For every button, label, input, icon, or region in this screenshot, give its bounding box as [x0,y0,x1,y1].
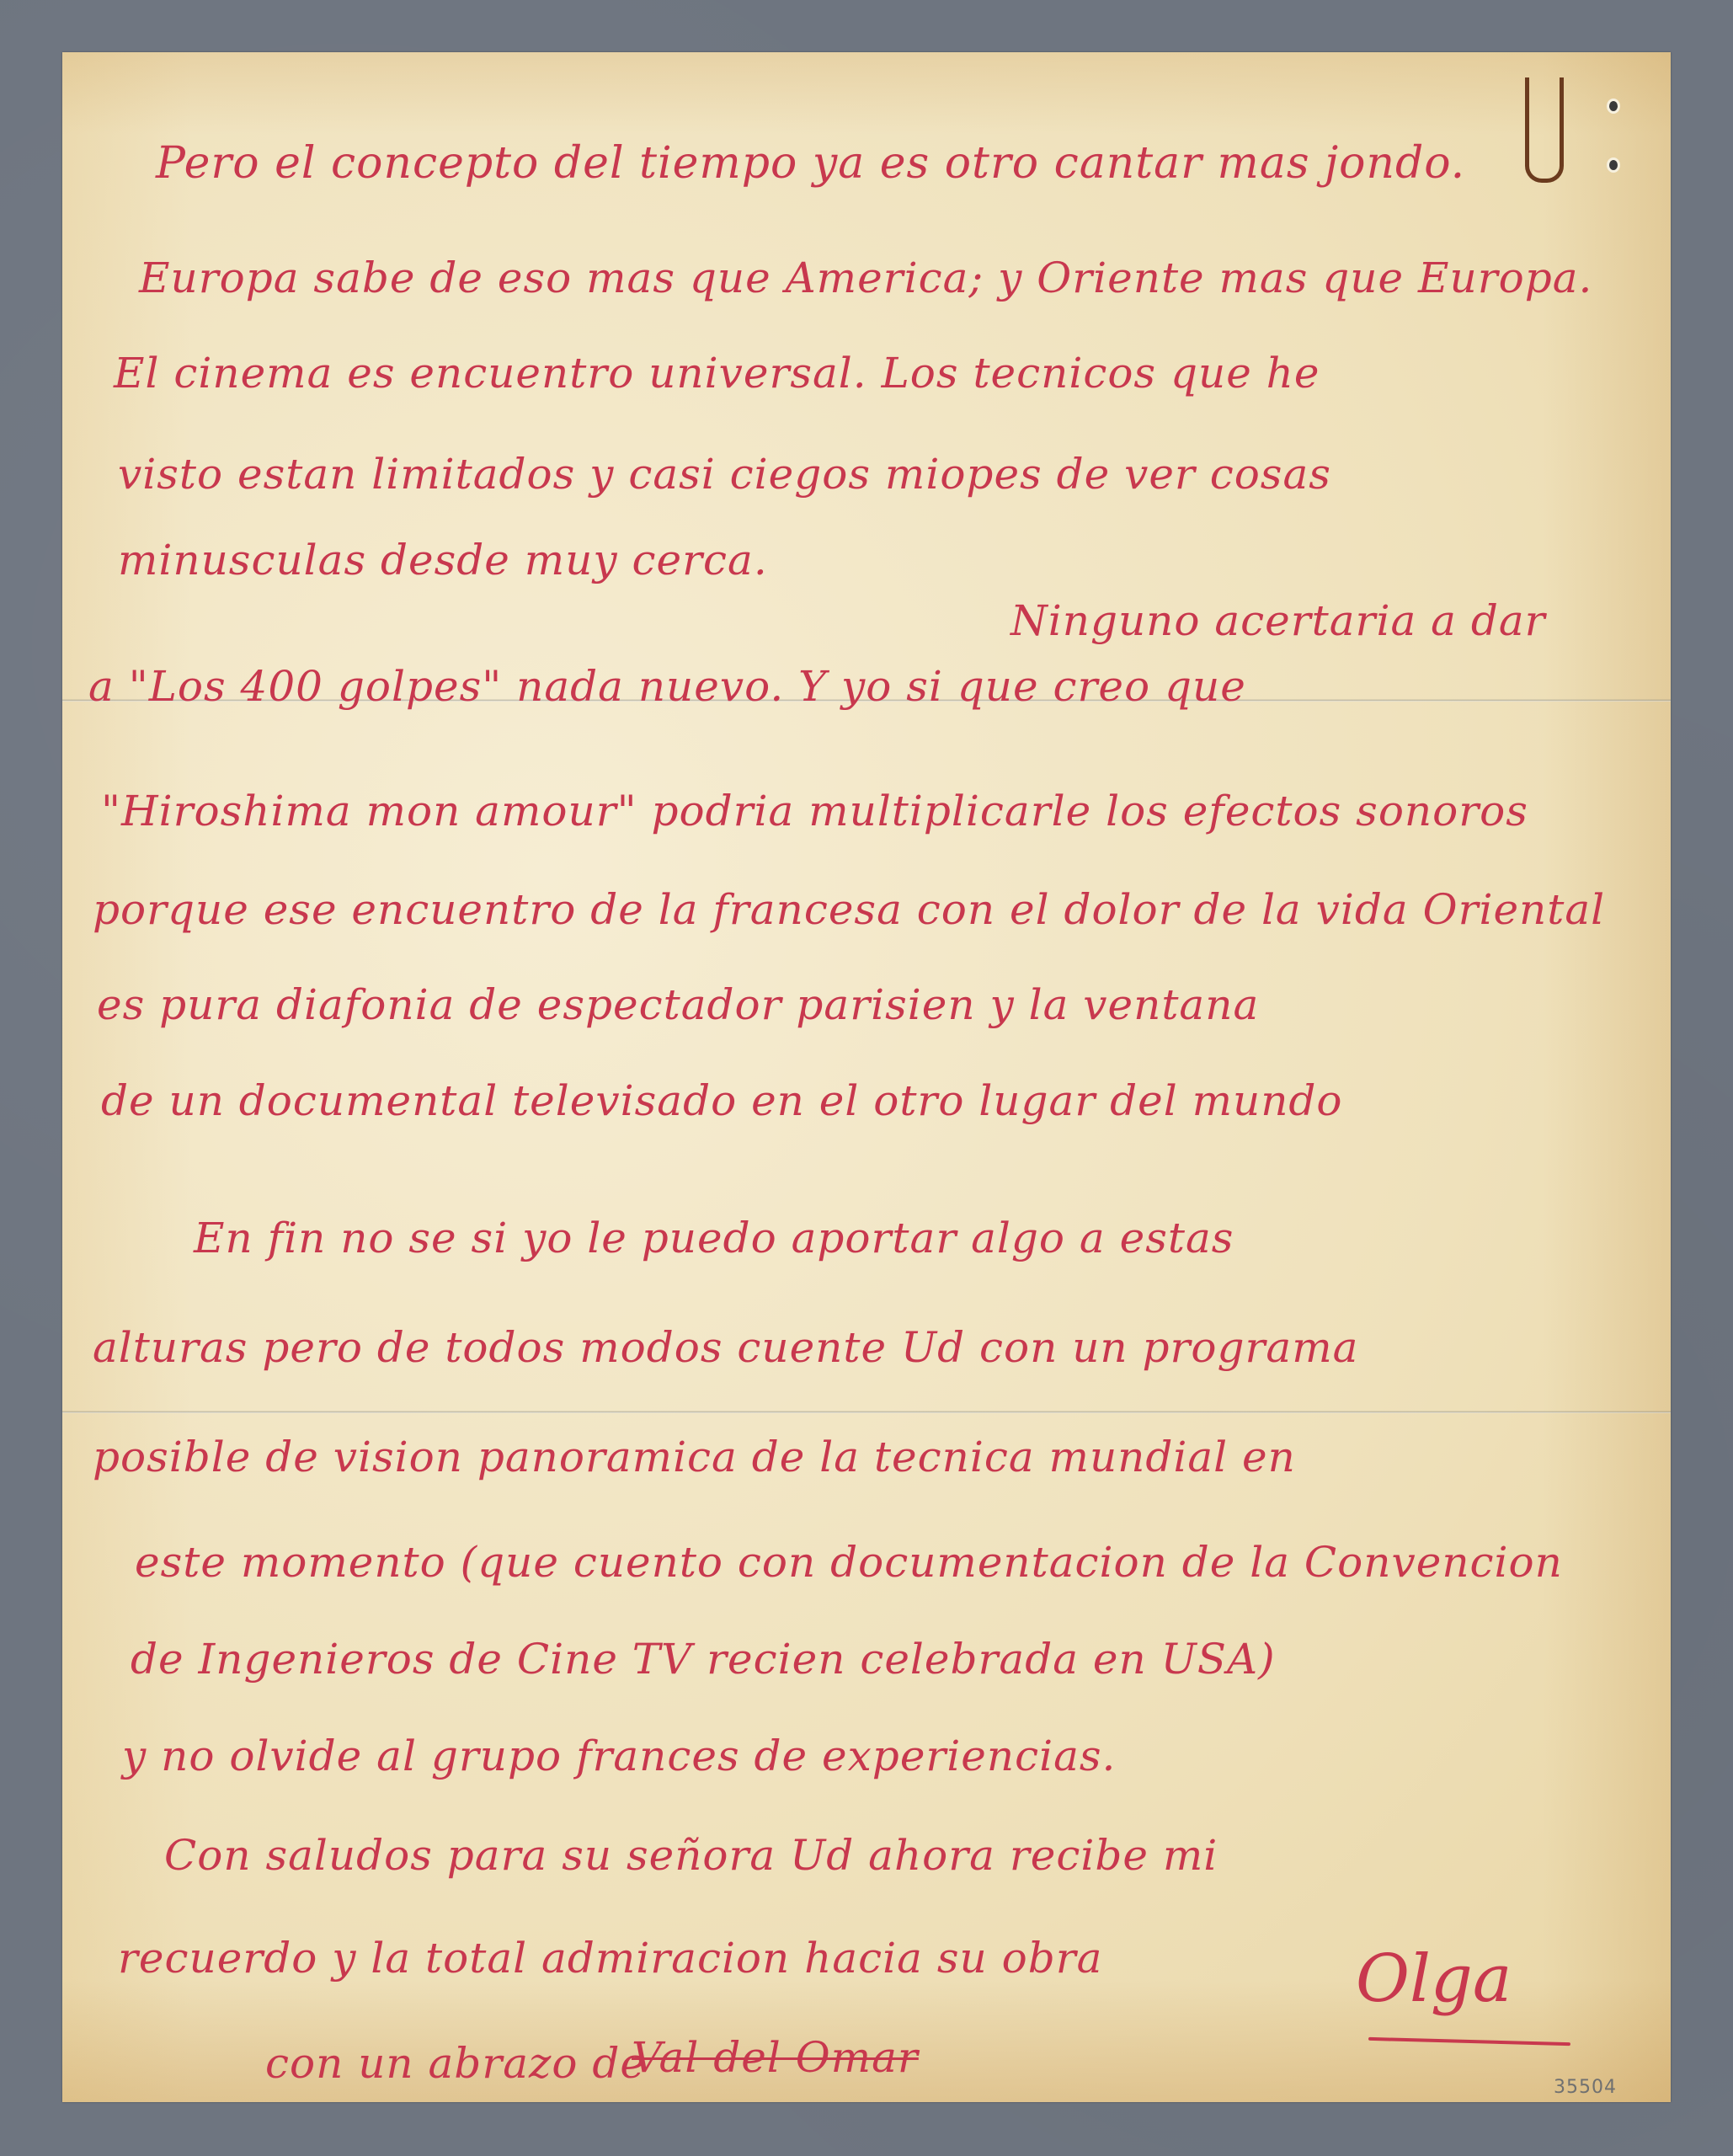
text-line-1: Pero el concepto del tiempo ya es otro c… [156,141,1465,185]
struck-signature: Val del Omar [632,2036,919,2079]
text-line-8: "Hiroshima mon amour" podria multiplicar… [101,790,1528,832]
text-line-13: alturas pero de todos modos cuente Ud co… [93,1326,1358,1369]
text-line-16: de Ingenieros de Cine TV recien celebrad… [131,1638,1276,1680]
text-line-4: visto estan limitados y casi ciegos miop… [118,453,1331,495]
text-line-11: de un documental televisado en el otro l… [101,1080,1343,1122]
text-line-3: El cinema es encuentro universal. Los te… [114,352,1320,394]
text-line-9: porque ese encuentro de la francesa con … [93,889,1605,931]
fold-line [62,1411,1671,1413]
punch-hole [1609,160,1618,170]
text-line-12: En fin no se si yo le puedo aportar algo… [194,1217,1234,1259]
paperclip-icon [1525,77,1564,183]
text-line-7: a "Los 400 golpes" nada nuevo. Y yo si q… [88,665,1246,707]
text-line-6: Ninguno acertaria a dar [1010,600,1546,642]
text-line-5: minusculas desde muy cerca. [118,539,768,581]
text-line-15: este momento (que cuento con documentaci… [135,1541,1563,1583]
text-line-18: Con saludos para su señora Ud ahora reci… [164,1834,1218,1876]
text-line-20: con un abrazo de [265,2042,646,2084]
text-line-14: posible de vision panoramica de la tecni… [93,1436,1296,1478]
signature: Olga [1356,1941,1512,2017]
archive-number: 35504 [1554,2077,1617,2098]
text-line-2: Europa sabe de eso mas que America; y Or… [139,257,1592,299]
text-line-17: y no olvide al grupo frances de experien… [122,1735,1116,1777]
text-line-19: recuerdo y la total admiracion hacia su … [118,1937,1102,1979]
punch-hole [1609,101,1618,111]
text-line-10: es pura diafonia de espectador parisien … [97,984,1259,1026]
